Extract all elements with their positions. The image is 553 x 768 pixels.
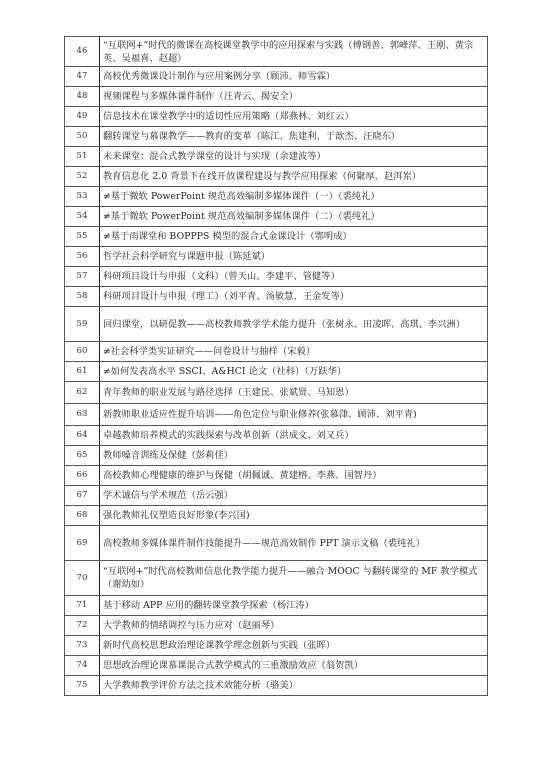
row-number: 70 (65, 561, 100, 596)
table-row: 63 新教师职业适应性提升培训——角色定位与职业修养(张慕葏、顾沛、刘平青) (65, 404, 488, 426)
course-title: ≠基于微软 PowerPoint 规范高效编制多媒体课件（二）（裘纯礼） (100, 207, 488, 227)
course-title: 未来课堂：混合式教学课堂的设计与实现（余建波等） (100, 147, 488, 167)
course-title: 新教师职业适应性提升培训——角色定位与职业修养(张慕葏、顾沛、刘平青) (100, 404, 488, 426)
row-number: 46 (65, 37, 100, 67)
row-number: 71 (65, 596, 100, 616)
table-row: 68 强化教师礼仪塑造良好形象(李兴国) (65, 506, 488, 526)
table-row: 66 高校教师心理健康的维护与保健（胡佩诚、黄建榕、李燕、国智丹） (65, 466, 488, 486)
row-number: 73 (65, 636, 100, 656)
course-title: “互联网+”时代的微课在高校课堂教学中的应用探索与实践（傅钢善、郭峰萍、王刚、黄… (100, 37, 488, 67)
table-row: 58 科研项目设计与申报（理工）（刘平青、汤敏慧、王金发等） (65, 287, 488, 307)
table-row: 69 高校教师多媒体课件制作技能提升——规范高效制作 PPT 演示文稿（裘纯礼） (65, 526, 488, 561)
row-number: 47 (65, 67, 100, 87)
course-title: 科研项目设计与申报（理工）（刘平青、汤敏慧、王金发等） (100, 287, 488, 307)
table-row: 59 回归课堂，以研促教——高校教师教学学术能力提升（张树永、田凌晖、高琪、李兴… (65, 307, 488, 342)
course-title: 青年教师的职业发展与路径选择（王建民、张斌贤、马知恩） (100, 382, 488, 404)
table-row: 53 ≠基于微软 PowerPoint 规范高效编制多媒体课件（一）（裘纯礼） (65, 187, 488, 207)
course-title: 思想政治理论课慕课混合式教学模式的三重激励效应（翁贺凯） (100, 656, 488, 676)
course-title: 大学教师的情绪调控与压力应对（赵丽琴） (100, 616, 488, 636)
course-title: 哲学社会科学研究与课题申报（陈延斌） (100, 247, 488, 267)
row-number: 65 (65, 446, 100, 466)
table-row: 57 科研项目设计与申报（文科）（曾天山、李建平、管健等） (65, 267, 488, 287)
table-row: 72 大学教师的情绪调控与压力应对（赵丽琴） (65, 616, 488, 636)
course-title: ≠基于微软 PowerPoint 规范高效编制多媒体课件（一）（裘纯礼） (100, 187, 488, 207)
row-number: 69 (65, 526, 100, 561)
table-row: 62 青年教师的职业发展与路径选择（王建民、张斌贤、马知恩） (65, 382, 488, 404)
row-number: 48 (65, 87, 100, 107)
table-row: 75 大学教师教学评价方法之技术效能分析（骆美） (65, 676, 488, 696)
table-row: 61 ≠如何发表高水平 SSCI、A&HCI 论文（社科）（万跃华） (65, 362, 488, 382)
course-title: 回归课堂，以研促教——高校教师教学学术能力提升（张树永、田凌晖、高琪、李兴洲） (100, 307, 488, 342)
table-row: 51 未来课堂：混合式教学课堂的设计与实现（余建波等） (65, 147, 488, 167)
table-row: 49 信息技术在课堂教学中的适切性应用策略（郑燕林、刘红云） (65, 107, 488, 127)
course-title: 大学教师教学评价方法之技术效能分析（骆美） (100, 676, 488, 696)
row-number: 55 (65, 227, 100, 247)
row-number: 67 (65, 486, 100, 506)
row-number: 56 (65, 247, 100, 267)
course-title: 高校教师心理健康的维护与保健（胡佩诚、黄建榕、李燕、国智丹） (100, 466, 488, 486)
row-number: 57 (65, 267, 100, 287)
table-row: 73 新时代高校思想政治理论课教学理念创新与实践（张晖） (65, 636, 488, 656)
table-row: 47 高校优秀微课设计制作与应用案例分享（顾沛、师雪霖） (65, 67, 488, 87)
row-number: 51 (65, 147, 100, 167)
course-title: “互联网+”时代高校教师信息化教学能力提升——融合 MOOC 与翻转课堂的 MF… (100, 561, 488, 596)
table-row: 50 翻转课堂与慕课教学——教育的变革（陈江、焦建利、于歆杰、汪晓东） (65, 127, 488, 147)
row-number: 62 (65, 382, 100, 404)
table-row: 48 视频课程与多媒体课件制作（汪青云、揭安全） (65, 87, 488, 107)
table-row: 65 教师嗓音训练及保健（彭莉佳） (65, 446, 488, 466)
course-title: 视频课程与多媒体课件制作（汪青云、揭安全） (100, 87, 488, 107)
course-title: 学术诚信与学术规范（岳云强） (100, 486, 488, 506)
row-number: 50 (65, 127, 100, 147)
course-title: 教育信息化 2.0 背景下在线开放课程建设与教学应用探索（何聚厚、赵洱岽） (100, 167, 488, 187)
table-row: 56 哲学社会科学研究与课题申报（陈延斌） (65, 247, 488, 267)
table-row: 74 思想政治理论课慕课混合式教学模式的三重激励效应（翁贺凯） (65, 656, 488, 676)
table-row: 64 卓越教师培养模式的实践探索与改革创新（洪成文、刘又兵） (65, 426, 488, 446)
table-row: 54 ≠基于微软 PowerPoint 规范高效编制多媒体课件（二）（裘纯礼） (65, 207, 488, 227)
table-row: 67 学术诚信与学术规范（岳云强） (65, 486, 488, 506)
course-title: 信息技术在课堂教学中的适切性应用策略（郑燕林、刘红云） (100, 107, 488, 127)
course-title: 高校优秀微课设计制作与应用案例分享（顾沛、师雪霖） (100, 67, 488, 87)
course-title: ≠如何发表高水平 SSCI、A&HCI 论文（社科）（万跃华） (100, 362, 488, 382)
document-page: 46 “互联网+”时代的微课在高校课堂教学中的应用探索与实践（傅钢善、郭峰萍、王… (0, 0, 553, 768)
course-title: 高校教师多媒体课件制作技能提升——规范高效制作 PPT 演示文稿（裘纯礼） (100, 526, 488, 561)
row-number: 63 (65, 404, 100, 426)
course-title: 卓越教师培养模式的实践探索与改革创新（洪成文、刘又兵） (100, 426, 488, 446)
row-number: 49 (65, 107, 100, 127)
row-number: 75 (65, 676, 100, 696)
row-number: 54 (65, 207, 100, 227)
table-row: 52 教育信息化 2.0 背景下在线开放课程建设与教学应用探索（何聚厚、赵洱岽） (65, 167, 488, 187)
course-list-table: 46 “互联网+”时代的微课在高校课堂教学中的应用探索与实践（傅钢善、郭峰萍、王… (64, 36, 488, 696)
row-number: 68 (65, 506, 100, 526)
table-row: 55 ≠基于雨课堂和 BOPPPS 模型的混合式金课设计（鄂明成） (65, 227, 488, 247)
course-title: ≠基于雨课堂和 BOPPPS 模型的混合式金课设计（鄂明成） (100, 227, 488, 247)
course-title: 科研项目设计与申报（文科）（曾天山、李建平、管健等） (100, 267, 488, 287)
row-number: 66 (65, 466, 100, 486)
table-row: 46 “互联网+”时代的微课在高校课堂教学中的应用探索与实践（傅钢善、郭峰萍、王… (65, 37, 488, 67)
row-number: 74 (65, 656, 100, 676)
course-title: 教师嗓音训练及保健（彭莉佳） (100, 446, 488, 466)
row-number: 72 (65, 616, 100, 636)
table-row: 71 基于移动 APP 应用的翻转课堂教学探索（杨江涛） (65, 596, 488, 616)
table-row: 60 ≠社会科学类实证研究——问卷设计与抽样（宋毅） (65, 342, 488, 362)
course-title: ≠社会科学类实证研究——问卷设计与抽样（宋毅） (100, 342, 488, 362)
row-number: 59 (65, 307, 100, 342)
course-title: 强化教师礼仪塑造良好形象(李兴国) (100, 506, 488, 526)
row-number: 52 (65, 167, 100, 187)
row-number: 58 (65, 287, 100, 307)
row-number: 60 (65, 342, 100, 362)
row-number: 61 (65, 362, 100, 382)
course-title: 新时代高校思想政治理论课教学理念创新与实践（张晖） (100, 636, 488, 656)
row-number: 64 (65, 426, 100, 446)
row-number: 53 (65, 187, 100, 207)
course-title: 翻转课堂与慕课教学——教育的变革（陈江、焦建利、于歆杰、汪晓东） (100, 127, 488, 147)
table-row: 70 “互联网+”时代高校教师信息化教学能力提升——融合 MOOC 与翻转课堂的… (65, 561, 488, 596)
course-title: 基于移动 APP 应用的翻转课堂教学探索（杨江涛） (100, 596, 488, 616)
